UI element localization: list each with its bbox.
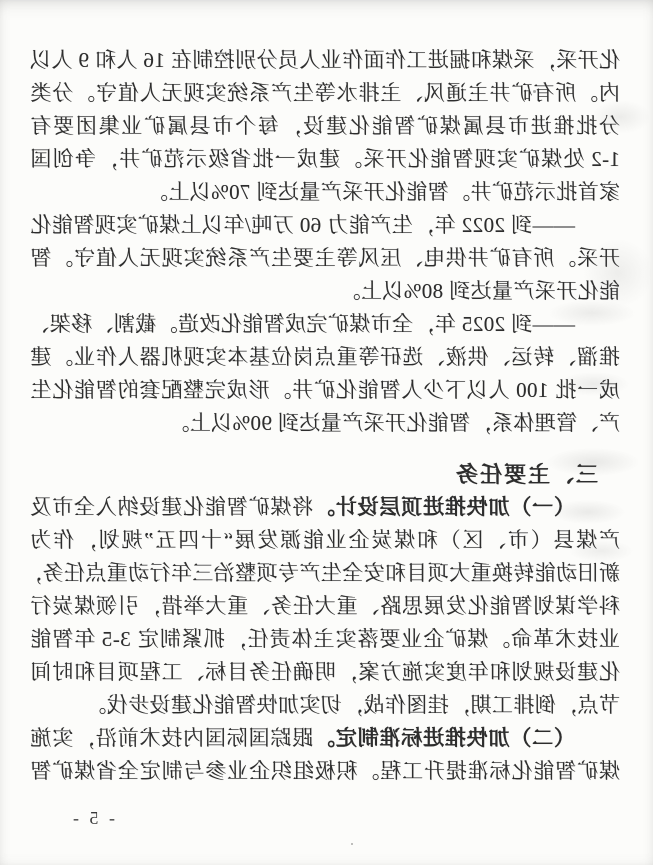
document-line: 科学谋划智能化发展思路、重大任务、重大举措，引领煤炭行 xyxy=(30,590,620,623)
document-line: 家首批示范矿井。智能化开采产量达到 70%以上。 xyxy=(30,176,620,209)
document-line: 内。所有矿井主通风、主排水等生产系统实现无人值守。分类 xyxy=(30,77,620,110)
line-segment: 将煤矿智能化建设纳入全市及 xyxy=(30,495,313,519)
line-segment: 推溜、转运、供液、选矸等重点岗位基本实现机器人作业。建 xyxy=(30,345,620,369)
document-line: 新旧动能转换重大项目和安全生产专项整治三年行动重点任务， xyxy=(30,557,620,590)
line-segment: ——到 2022 年，生产能力 60 万吨/年以上煤矿实现智能化 xyxy=(30,213,575,237)
document-line: 节点，倒排工期，挂图作战，切实加快智能化建设步伐。 xyxy=(30,689,620,722)
line-segment: 分批推进市县属煤矿智能化建设，每个市县属矿业集团要有 xyxy=(30,114,620,138)
document-line: 成一批 100 人以下少人智能化矿井。形成完整配套的智能化生 xyxy=(30,374,620,407)
line-segment: 化建设规划和年度实施方案，明确任务目标、工程项目和时间 xyxy=(30,660,620,684)
document-line: 煤矿智能化标准提升工程。积极组织企业参与制定全省煤矿智 xyxy=(30,755,620,788)
scanned-document-page: 化开采，采煤和掘进工作面作业人员分别控制在 16 人和 9 人以内。所有矿井主通… xyxy=(0,0,653,865)
document-line: 能化开采产量达到 80%以上。 xyxy=(30,275,620,308)
line-segment: 家首批示范矿井。智能化开采产量达到 70%以上。 xyxy=(147,180,620,204)
line-segment-bold: （二）加快推进标准制定。 xyxy=(313,726,575,750)
document-line: 业技术革命。煤矿企业要落实主体责任，抓紧制定 3-5 年智能 xyxy=(30,623,620,656)
document-line: 化建设规划和年度实施方案，明确任务目标、工程项目和时间 xyxy=(30,656,620,689)
line-segment: 节点，倒排工期，挂图作战，切实加快智能化建设步伐。 xyxy=(85,693,620,717)
document-line: ——到 2025 年，全市煤矿完成智能化改造。截割、移架、 xyxy=(30,308,620,341)
document-line: 推溜、转运、供液、选矸等重点岗位基本实现机器人作业。建 xyxy=(30,341,620,374)
line-segment: 新旧动能转换重大项目和安全生产专项整治三年行动重点任务， xyxy=(21,561,620,585)
scan-speck xyxy=(351,843,353,845)
document-line: （一）加快推进顶层设计。将煤矿智能化建设纳入全市及 xyxy=(30,491,620,524)
line-segment: 产、管理体系，智能化开采产量达到 90%以上。 xyxy=(168,411,620,435)
document-line: 产煤县（市、区）和煤炭企业能源发展“十四五”规划，作为 xyxy=(30,524,620,557)
document-line: 1-2 处煤矿实现智能化开采。建成一批省级示范矿井，争创国 xyxy=(30,143,620,176)
line-segment: 业技术革命。煤矿企业要落实主体责任，抓紧制定 3-5 年智能 xyxy=(30,627,620,651)
line-segment: 开采。所有矿井供电、压风等主要生产系统实现无人值守。智 xyxy=(30,246,620,270)
document-text-block: 化开采，采煤和掘进工作面作业人员分别控制在 16 人和 9 人以内。所有矿井主通… xyxy=(30,44,620,788)
line-segment: 能化开采产量达到 80%以上。 xyxy=(339,279,620,303)
scan-speck xyxy=(91,640,93,642)
document-line: 分批推进市县属煤矿智能化建设，每个市县属矿业集团要有 xyxy=(30,110,620,143)
line-segment: 产煤县（市、区）和煤炭企业能源发展“十四五”规划，作为 xyxy=(30,528,620,552)
line-segment: 成一批 100 人以下少人智能化矿井。形成完整配套的智能化生 xyxy=(30,378,620,402)
document-line: 开采。所有矿井供电、压风等主要生产系统实现无人值守。智 xyxy=(30,242,620,275)
scan-speck xyxy=(533,90,536,93)
line-segment: 跟踪国际国内技术前沿，实施 xyxy=(30,726,313,750)
document-line: 化开采，采煤和掘进工作面作业人员分别控制在 16 人和 9 人以 xyxy=(30,44,620,77)
line-segment: 内。所有矿井主通风、主排水等生产系统实现无人值守。分类 xyxy=(30,81,620,105)
line-segment: ——到 2025 年，全市煤矿完成智能化改造。截割、移架、 xyxy=(28,312,575,336)
line-segment: 科学谋划智能化发展思路、重大任务、重大举措，引领煤炭行 xyxy=(30,594,620,618)
page-number: - 5 - xyxy=(70,808,115,829)
mirrored-sheet: 化开采，采煤和掘进工作面作业人员分别控制在 16 人和 9 人以内。所有矿井主通… xyxy=(0,0,653,865)
line-segment: 煤矿智能化标准提升工程。积极组织企业参与制定全省煤矿智 xyxy=(30,759,620,783)
line-segment: 1-2 处煤矿实现智能化开采。建成一批省级示范矿井，争创国 xyxy=(30,147,620,171)
document-line: 产、管理体系，智能化开采产量达到 90%以上。 xyxy=(30,407,620,440)
section-heading: 三、主要任务 xyxy=(30,458,620,491)
line-segment: 化开采，采煤和掘进工作面作业人员分别控制在 16 人和 9 人以 xyxy=(30,48,620,72)
line-segment-bold: （一）加快推进顶层设计。 xyxy=(313,495,575,519)
document-line: （二）加快推进标准制定。跟踪国际国内技术前沿，实施 xyxy=(30,722,620,755)
line-segment-bold: 三、主要任务 xyxy=(454,462,598,487)
document-line: ——到 2022 年，生产能力 60 万吨/年以上煤矿实现智能化 xyxy=(30,209,620,242)
